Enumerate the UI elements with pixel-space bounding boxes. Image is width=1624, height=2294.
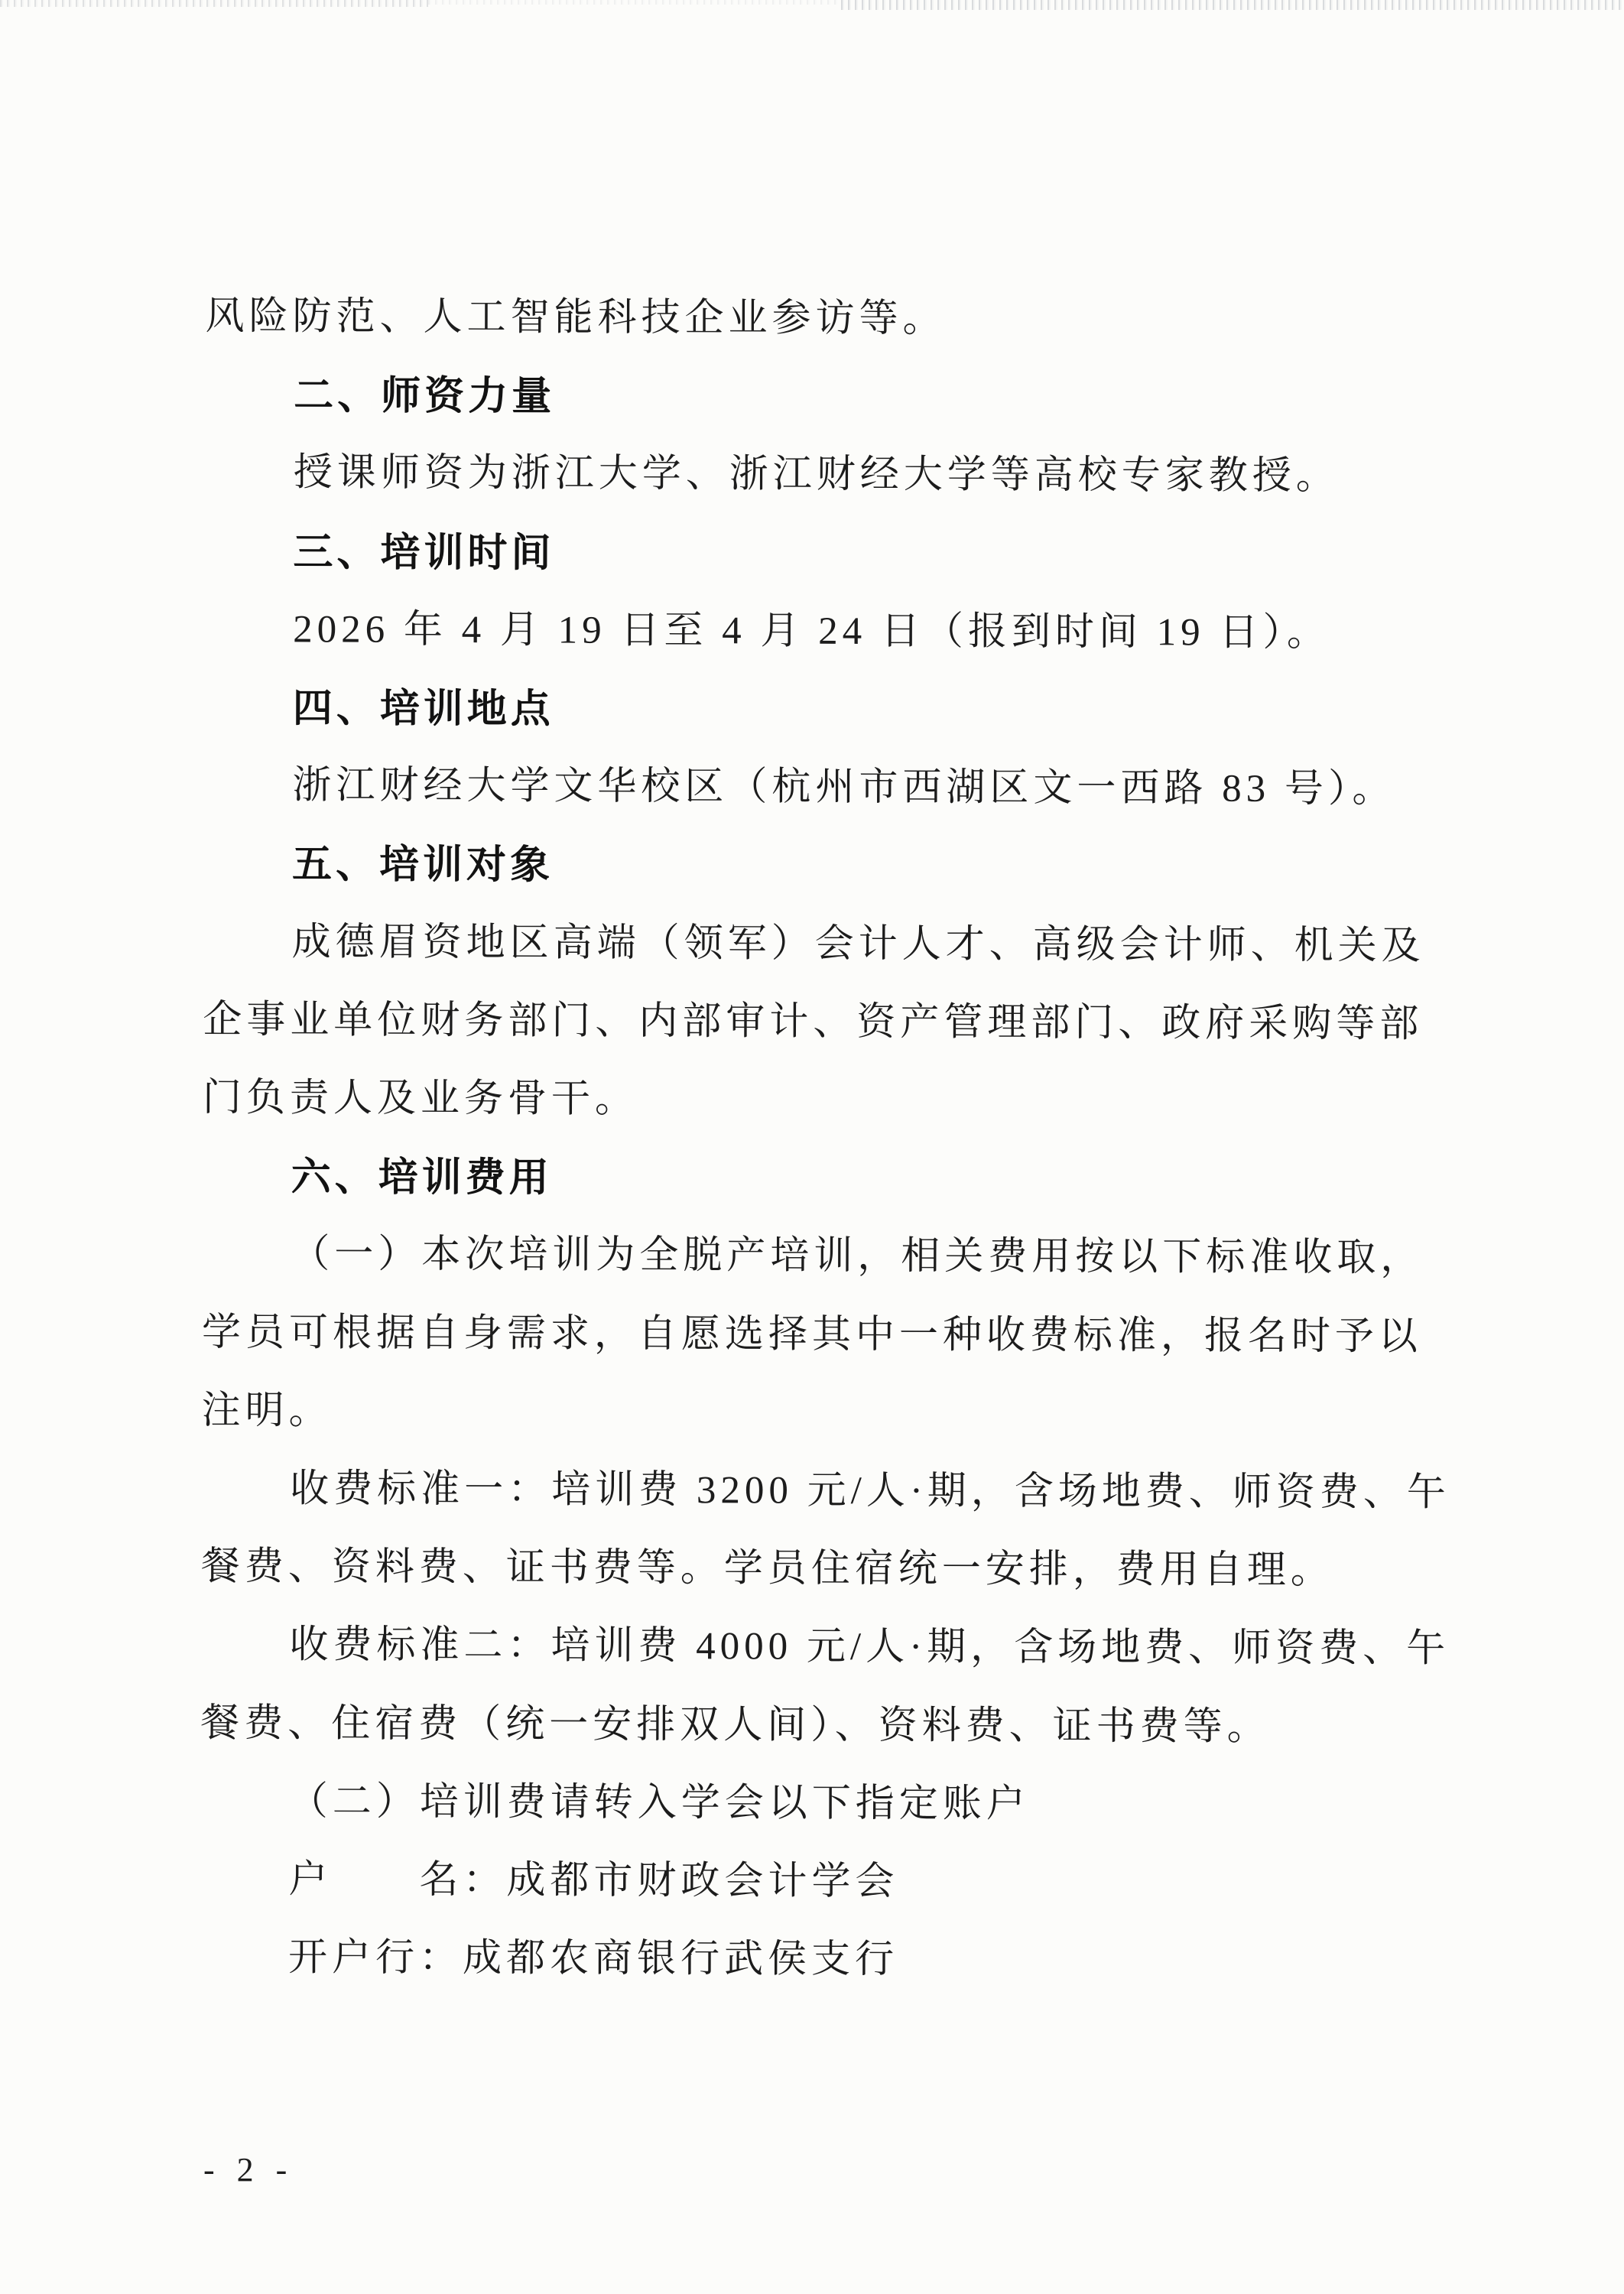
text-line: 企事业单位财务部门、内部审计、资产管理部门、政府采购等部 xyxy=(203,1001,1423,1045)
section-heading: 三、培训时间 xyxy=(293,532,554,573)
text-line: 餐费、住宿费（统一安排双人间）、资料费、证书费等。 xyxy=(200,1704,1271,1747)
text-line: 开户行：成都农商银行武侯支行 xyxy=(288,1938,898,1980)
section-heading: 二、师资力量 xyxy=(294,375,555,416)
text-line: 学员可根据自身需求，自愿选择其中一种收费标准，报名时予以 xyxy=(202,1314,1422,1357)
text-line: 风险防范、人工智能科技企业参访等。 xyxy=(205,297,946,339)
text-line: 注明。 xyxy=(201,1392,332,1431)
text-line: （一）本次培训为全脱产培训，相关费用按以下标准收取， xyxy=(291,1235,1424,1278)
text-line: 收费标准二：培训费 4000 元/人·期，含场地费、师资费、午 xyxy=(289,1626,1450,1669)
page-number: - 2 - xyxy=(203,2150,294,2189)
text-line: （二）培训费请转入学会以下指定账户 xyxy=(289,1782,1030,1824)
text-line: 浙江财经大学文华校区（杭州市西湖区文一西路 83 号）。 xyxy=(292,766,1395,809)
text-line: 授课师资为浙江大学、浙江财经大学等高校专家教授。 xyxy=(294,453,1340,496)
scanned-page: 风险防范、人工智能科技企业参访等。二、师资力量授课师资为浙江大学、浙江财经大学等… xyxy=(0,0,1624,2294)
text-line: 收费标准一：培训费 3200 元/人·期，含场地费、师资费、午 xyxy=(290,1470,1450,1513)
document-body: 风险防范、人工智能科技企业参访等。二、师资力量授课师资为浙江大学、浙江财经大学等… xyxy=(0,0,1624,2294)
section-heading: 六、培训费用 xyxy=(291,1157,553,1197)
text-line: 户 名：成都市财政会计学会 xyxy=(288,1860,898,1902)
text-line: 餐费、资料费、证书费等。学员住宿统一安排，费用自理。 xyxy=(201,1548,1334,1591)
text-line: 门负责人及业务骨干。 xyxy=(203,1079,638,1119)
text-line: 成德眉资地区高端（领军）会计人才、高级会计师、机关及 xyxy=(292,923,1425,966)
section-heading: 四、培训地点 xyxy=(293,688,554,729)
section-heading: 五、培训对象 xyxy=(292,844,554,885)
text-line: 2026 年 4 月 19 日至 4 月 24 日（报到时间 19 日）。 xyxy=(293,610,1330,653)
